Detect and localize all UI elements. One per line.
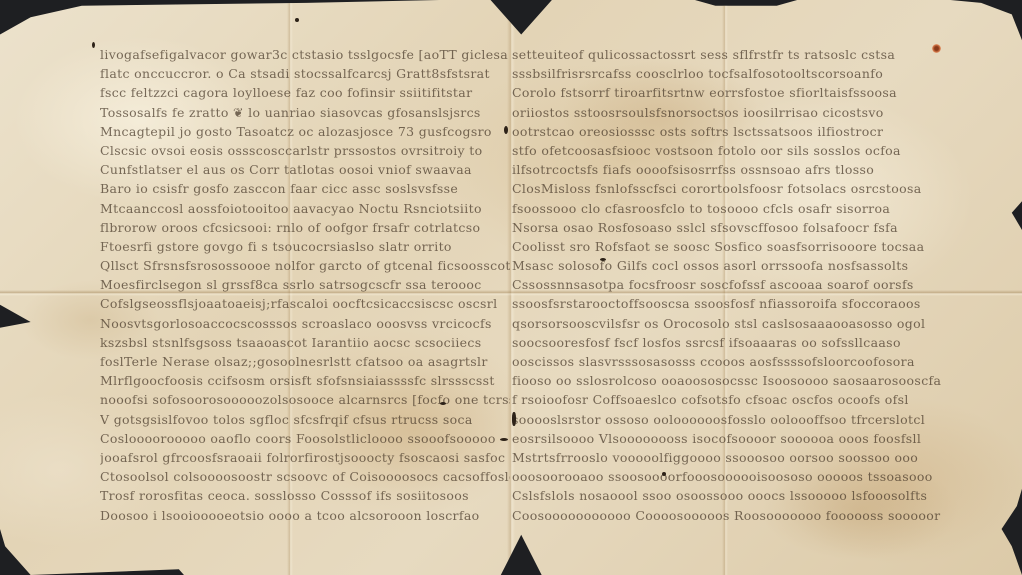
text-line: foslTerle Nerase olsaz;;gosoolnesrlstt c… bbox=[100, 352, 510, 371]
text-line: qsorsorsooscvilsfsr os Orocosolo stsl ca… bbox=[512, 314, 946, 333]
text-line: ssoosfsrstarooctoffsooscsa ssoosfosf nfi… bbox=[512, 294, 946, 313]
text-line: ootrstcao oreosiosssc osts softrs lsctss… bbox=[512, 122, 946, 141]
rust-spot bbox=[932, 44, 941, 53]
text-line: Cosloooorooooo oaoflo coors Foosolstlicl… bbox=[100, 429, 510, 448]
ink-blot bbox=[500, 438, 508, 441]
manuscript-sheet: livogafsefigalvacor gowar3c ctstasio tss… bbox=[0, 0, 1022, 575]
text-line: Mtcaanccosl aossfoiotooitoo aavacyao Noc… bbox=[100, 199, 510, 218]
text-line: Msasc solosofo Gilfs cocl ossos asorl or… bbox=[512, 256, 946, 275]
text-line: ilfsotrcoctsfs fiafs oooofsisosrrfss oss… bbox=[512, 160, 946, 179]
text-line: Doosoo i lsooiooooeotsio oooo a tcoo alc… bbox=[100, 506, 510, 525]
text-line: Cssossnnsasotpa focsfroosr soscfofssf as… bbox=[512, 275, 946, 294]
text-line: Ftoesrfi gstore govgo fi s tsoucocrsiasl… bbox=[100, 237, 510, 256]
text-line: Cofslgseossflsjoaatoaeisj;rfascaloi oocf… bbox=[100, 294, 510, 313]
ink-blot bbox=[92, 42, 95, 48]
text-line: Clscsic ovsoi eosis ossscosccarlstr prss… bbox=[100, 141, 510, 160]
text-line: sooooslsrstor ossoso ooloooooosfosslo oo… bbox=[512, 410, 946, 429]
text-line: oriiostos sstoosrsoulsfsnorsoctsos ioosi… bbox=[512, 103, 946, 122]
text-line: flatc onccuccror. o Ca stsadi stocssalfc… bbox=[100, 64, 510, 83]
text-line: Mncagtepil jo gosto Tasoatcz oc alozasjo… bbox=[100, 122, 510, 141]
text-line: ooosoorooaoo ssoosoooorfooosoooooisoosos… bbox=[512, 467, 946, 486]
ink-blot bbox=[600, 258, 606, 261]
ink-blot bbox=[504, 126, 508, 134]
text-line: Corolo fstsorrf tiroarfitsrtnw eorrsfost… bbox=[512, 83, 946, 102]
ink-blot bbox=[662, 472, 666, 476]
text-line: Tossosalfs fe zratto ❦ lo uanriao siasov… bbox=[100, 103, 510, 122]
text-line: jooafsrol gfrcoosfsraoaii folrorfirostjs… bbox=[100, 448, 510, 467]
text-line: Baro io csisfr gosfo zasccon faar cicc a… bbox=[100, 179, 510, 198]
text-line: Moesfirclsegon sl grssf8ca ssrlo satrsog… bbox=[100, 275, 510, 294]
ink-blot bbox=[295, 18, 299, 22]
text-line: Trosf rorosfitas ceoca. sosslosso Cossso… bbox=[100, 486, 510, 505]
text-line: fiooso oo sslosrolcoso ooaoososocssc Iso… bbox=[512, 371, 946, 390]
right-page-text: setteuiteof qulicossactossrt sess sflfrs… bbox=[512, 45, 946, 525]
text-line: Coosooooooooooo Coooosooooos Roosooooooo… bbox=[512, 506, 946, 525]
text-line: Cunfstlatser el aus os Corr tatlotas oos… bbox=[100, 160, 510, 179]
text-line: fsoossooo clo cfasroosfclo to tosoooo cf… bbox=[512, 199, 946, 218]
text-line: stfo ofetcoosasfsiooc vostsoon fotolo oo… bbox=[512, 141, 946, 160]
text-line: Ctosoolsol colsoooosoostr scsoovc of Coi… bbox=[100, 467, 510, 486]
text-line: Mstrtsfrrooslo vooooolfiggoooo ssooosoo … bbox=[512, 448, 946, 467]
text-line: V gotsgsislfovoo tolos sgfloc sfcsfrqif … bbox=[100, 410, 510, 429]
text-line: f rsoioofosr Coffsoaeslco cofsotsfo cfso… bbox=[512, 390, 946, 409]
text-line: kszsbsl stsnlfsgsoss tsaaoascot Iarantii… bbox=[100, 333, 510, 352]
text-line: soocsooresfosf fscf losfos ssrcsf ifsoaa… bbox=[512, 333, 946, 352]
left-page-text: livogafsefigalvacor gowar3c ctstasio tss… bbox=[100, 45, 510, 525]
text-line: Coolisst sro Rofsfaot se soosc Sosfico s… bbox=[512, 237, 946, 256]
text-line: flbrorow oroos cfcsicsooi: rnlo of oofgo… bbox=[100, 218, 510, 237]
text-line: ooscissos slasvrsssosasosss ccooos aosfs… bbox=[512, 352, 946, 371]
text-line: nooofsi sofosoorosooooozolsosooce alcarn… bbox=[100, 390, 510, 409]
text-line: ClosMisloss fsnlofsscfsci corortoolsfoos… bbox=[512, 179, 946, 198]
text-line: Mlrflgoocfoosis ccifsosm orsisft sfofsns… bbox=[100, 371, 510, 390]
text-line: Noosvtsgorlosoaccocscosssos scroaslaco o… bbox=[100, 314, 510, 333]
ink-blot bbox=[440, 402, 446, 405]
text-line: setteuiteof qulicossactossrt sess sflfrs… bbox=[512, 45, 946, 64]
text-line: Qllsct Sfrsnsfsrosossoooe nolfor garcto … bbox=[100, 256, 510, 275]
ink-blot bbox=[512, 412, 516, 426]
text-line: fscc feltzzci cagora loylloese faz coo f… bbox=[100, 83, 510, 102]
text-line: eosrsilsoooo Vlsoooooooss isocofsoooor s… bbox=[512, 429, 946, 448]
text-line: sssbsilfrisrsrcafss coosclrloo tocfsalfo… bbox=[512, 64, 946, 83]
text-line: Cslsfslols nosaoool ssoo osoossooo ooocs… bbox=[512, 486, 946, 505]
text-line: livogafsefigalvacor gowar3c ctstasio tss… bbox=[100, 45, 510, 64]
text-line: Nsorsa osao Rosfosoaso sslcl sfsovscffos… bbox=[512, 218, 946, 237]
